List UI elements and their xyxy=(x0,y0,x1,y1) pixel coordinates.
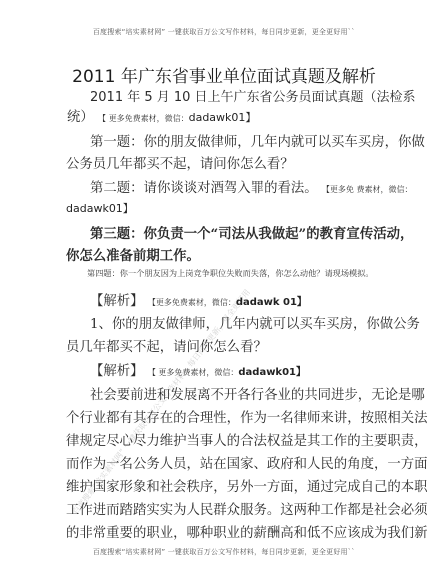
body-paragraph-line: 个行业都有其存在的合理性，作为一名律师来讲，按照相关法 xyxy=(66,407,428,426)
document-page: 百度搜索“培实素材网” 一键获取百万公文写作材料，每日同步更新，更全更好用`` … xyxy=(0,0,448,580)
analysis-2-heading: 【解析】 【 更多免费素材，微信：dadawk01】 xyxy=(90,360,306,379)
subtitle-line-1: 2011 年 5 月 10 日上午广东省公务员面试真题（法检系 xyxy=(90,86,416,105)
page-header: 百度搜索“培实素材网” 一键获取百万公文写作材料，每日同步更新，更全更好用`` xyxy=(0,27,448,37)
body-paragraph-line: 而作为一名公务人员，站在国家、政府和人民的角度，一方面 xyxy=(66,453,428,472)
question-2-text: 第二题：请你谈谈对酒驾入罪的看法。 xyxy=(90,181,318,196)
question-2-line-1: 第二题：请你谈谈对酒驾入罪的看法。 【更多免 费素材，微信： xyxy=(90,177,412,196)
analysis-1-question-line-1: 1、你的朋友做律师，几年内就可以买车买房，你做公务 xyxy=(90,313,420,332)
body-paragraph-line: 维护国家形象和社会秩序，另外一方面，通过完成自己的本职 xyxy=(66,476,428,495)
wechat-id: dadawk01】 xyxy=(189,111,257,124)
question-4: 第四题：你一个朋友因为上岗竞争职位失败而失落，你怎么动他？请现场模拟。 xyxy=(87,268,374,279)
body-paragraph-line: 工作进而踏踏实实为人民群众服务。这两种工作都是社会必须 xyxy=(66,499,428,518)
wechat-note: 【 更多免费素材，微信： xyxy=(148,368,239,377)
wechat-id: dadawk01】 xyxy=(238,367,306,378)
wechat-note: 【更多免费素材，微信： xyxy=(148,298,236,307)
wechat-note: 【 更多免费素材，微信： xyxy=(98,114,189,123)
subtitle-line-2-text: 统） xyxy=(67,110,94,125)
analysis-label: 【解析】 xyxy=(90,294,144,309)
analysis-label: 【解析】 xyxy=(90,364,144,379)
question-3-line-2: 你怎么准备前期工作。 xyxy=(66,245,200,264)
subtitle-line-2: 统） 【 更多免费素材，微信：dadawk01】 xyxy=(67,106,256,125)
analysis-1-question-line-2: 员几年都买不起，请问你怎么看？ xyxy=(66,336,267,355)
document-title: 2011 年广东省事业单位面试真题及解析 xyxy=(0,62,448,87)
page-footer: 百度搜索“培实素材网” 一键获取百万公文写作材料，每日同步更新，更全更好用`` xyxy=(0,547,448,557)
wechat-note: 【更多免 费素材，微信： xyxy=(322,185,413,194)
wechat-id: dadawk 01】 xyxy=(236,297,307,308)
analysis-1-heading: 【解析】 【更多免费素材，微信：dadawk 01】 xyxy=(90,290,307,309)
body-paragraph-line: 社会要前进和发展离不开各行各业的共同进步，无论是哪 xyxy=(90,384,425,403)
body-paragraph-line: 律规定尽心尽力维护当事人的合法权益是其工作的主要职责， xyxy=(66,430,428,449)
wechat-id: dadawk01】 xyxy=(66,200,134,216)
body-paragraph-line: 的非常重要的职业，哪种职业的薪酬高和低不应该成为我们新 xyxy=(66,522,428,541)
question-1-line-1: 第一题：你的朋友做律师，几年内就可以买车买房，你做 xyxy=(90,131,425,150)
question-3-line-1: 第三题：你负责一个“司法从我做起”的教育宣传活动， xyxy=(90,223,413,242)
question-1-line-2: 公务员几年都买不起，请问你怎么看？ xyxy=(66,153,294,172)
